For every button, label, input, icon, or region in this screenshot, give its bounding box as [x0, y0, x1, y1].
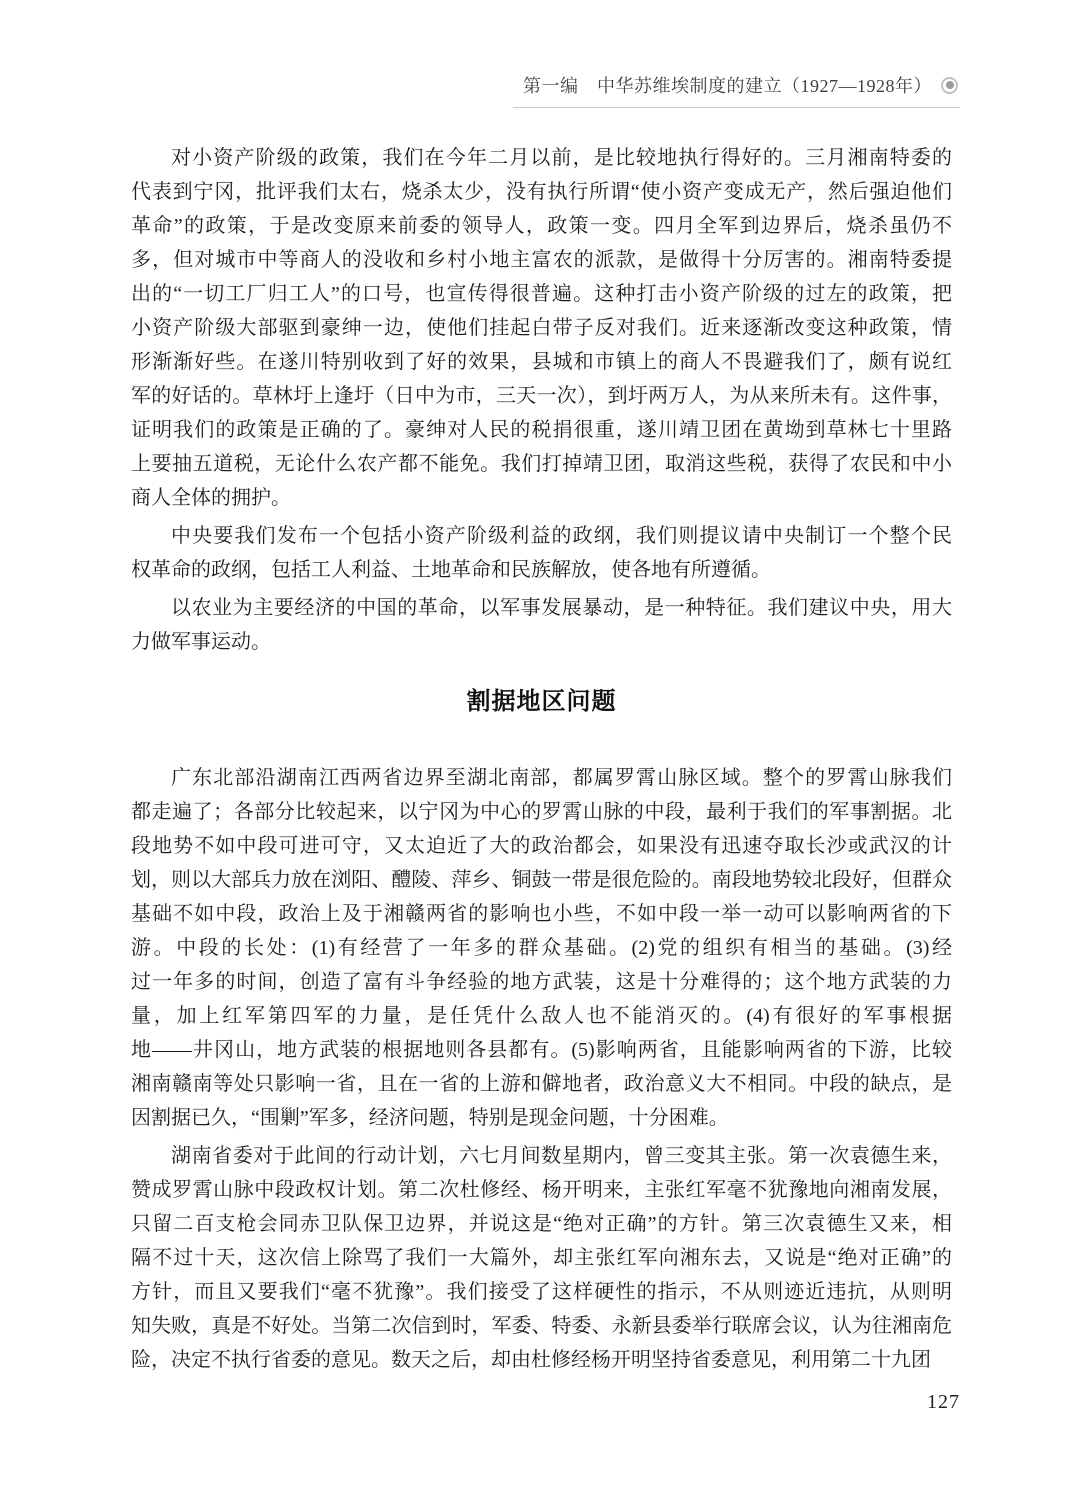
text-line: 湖南省委对于此间的行动计划，六七月间数星期内，曾三变其主张。第一次袁德生来，	[131, 1139, 952, 1173]
text-line: 上要抽五道税，无论什么农产都不能免。我们打掉靖卫团，取消这些税，获得了农民和中小	[131, 447, 952, 481]
text-line: 量，加上红军第四军的力量，是任凭什么敌人也不能消灭的。(4)有很好的军事根据	[131, 999, 952, 1033]
book-page: 第一编 中华苏维埃制度的建立（1927—1928年） 对小资产阶级的政策，我们在…	[0, 0, 1083, 1508]
text-line: 地——井冈山，地方武装的根据地则各县都有。(5)影响两省，且能影响两省的下游，比…	[131, 1033, 952, 1067]
text-line: 中央要我们发布一个包括小资产阶级利益的政纲，我们则提议请中央制订一个整个民	[131, 519, 952, 553]
text-line: 赞成罗霄山脉中段政权计划。第二次杜修经、杨开明来，主张红军毫不犹豫地向湘南发展，	[131, 1173, 952, 1207]
text-line: 力做军事运动。	[131, 625, 952, 659]
text-line: 因割据已久，“围剿”军多，经济问题，特别是现金问题，十分困难。	[131, 1101, 952, 1135]
section-heading: 割据地区问题	[131, 681, 952, 723]
text-line: 证明我们的政策是正确的了。豪绅对人民的税捐很重，遂川靖卫团在黄坳到草林七十里路	[131, 413, 952, 447]
text-line: 险，决定不执行省委的意见。数天之后，却由杜修经杨开明坚持省委意见，利用第二十九团	[131, 1343, 952, 1377]
text-line: 权革命的政纲，包括工人利益、土地革命和民族解放，使各地有所遵循。	[131, 553, 952, 587]
text-line: 多，但对城市中等商人的没收和乡村小地主富农的派款，是做得十分厉害的。湘南特委提	[131, 243, 952, 277]
text-line: 革命”的政策，于是改变原来前委的领导人，政策一变。四月全军到边界后，烧杀虽仍不	[131, 209, 952, 243]
document-body: 对小资产阶级的政策，我们在今年二月以前，是比较地执行得好的。三月湘南特委的代表到…	[131, 141, 952, 1377]
target-dot-icon	[941, 77, 958, 94]
page-number: 127	[927, 1391, 960, 1414]
text-line: 军的好话的。草林圩上逢圩（日中为市，三天一次），到圩两万人，为从来所未有。这件事…	[131, 379, 952, 413]
paragraph: 湖南省委对于此间的行动计划，六七月间数星期内，曾三变其主张。第一次袁德生来，赞成…	[131, 1139, 952, 1377]
text-line: 段地势不如中段可进可守，又太迫近了大的政治都会，如果没有迅速夺取长沙或武汉的计	[131, 829, 952, 863]
text-line: 划，则以大部兵力放在浏阳、醴陵、萍乡、铜鼓一带是很危险的。南段地势较北段好，但群…	[131, 863, 952, 897]
text-line: 对小资产阶级的政策，我们在今年二月以前，是比较地执行得好的。三月湘南特委的	[131, 141, 952, 175]
running-header: 第一编 中华苏维埃制度的建立（1927—1928年）	[513, 72, 960, 108]
text-line: 小资产阶级大部驱到豪绅一边，使他们挂起白带子反对我们。近来逐渐改变这种政策，情	[131, 311, 952, 345]
text-line: 都走遍了；各部分比较起来，以宁冈为中心的罗霄山脉的中段，最利于我们的军事割据。北	[131, 795, 952, 829]
paragraph: 中央要我们发布一个包括小资产阶级利益的政纲，我们则提议请中央制订一个整个民权革命…	[131, 519, 952, 587]
text-line: 方针，而且又要我们“毫不犹豫”。我们接受了这样硬性的指示，不从则迹近违抗，从则明	[131, 1275, 952, 1309]
running-header-title: 第一编 中华苏维埃制度的建立（1927—1928年）	[523, 72, 932, 98]
text-line: 知失败，真是不好处。当第二次信到时，军委、特委、永新县委举行联席会议，认为往湘南…	[131, 1309, 952, 1343]
text-line: 出的“一切工厂归工人”的口号，也宣传得很普遍。这种打击小资产阶级的过左的政策，把	[131, 277, 952, 311]
text-line: 只留二百支枪会同赤卫队保卫边界，并说这是“绝对正确”的方针。第三次袁德生又来，相	[131, 1207, 952, 1241]
text-line: 代表到宁冈，批评我们太右，烧杀太少，没有执行所谓“使小资产变成无产，然后强迫他们	[131, 175, 952, 209]
text-line: 过一年多的时间，创造了富有斗争经验的地方武装，这是十分难得的；这个地方武装的力	[131, 965, 952, 999]
text-line: 隔不过十天，这次信上除骂了我们一大篇外，却主张红军向湘东去，又说是“绝对正确”的	[131, 1241, 952, 1275]
text-line: 广东北部沿湖南江西两省边界至湖北南部，都属罗霄山脉区域。整个的罗霄山脉我们	[131, 761, 952, 795]
text-line: 以农业为主要经济的中国的革命，以军事发展暴动，是一种特征。我们建议中央，用大	[131, 591, 952, 625]
text-line: 游。中段的长处：(1)有经营了一年多的群众基础。(2)党的组织有相当的基础。(3…	[131, 931, 952, 965]
paragraph: 以农业为主要经济的中国的革命，以军事发展暴动，是一种特征。我们建议中央，用大力做…	[131, 591, 952, 659]
text-line: 形渐渐好些。在遂川特别收到了好的效果，县城和市镇上的商人不畏避我们了，颇有说红	[131, 345, 952, 379]
text-line: 基础不如中段，政治上及于湘赣两省的影响也小些，不如中段一举一动可以影响两省的下	[131, 897, 952, 931]
text-line: 湘南赣南等处只影响一省，且在一省的上游和僻地者，政治意义大不相同。中段的缺点，是	[131, 1067, 952, 1101]
paragraph: 广东北部沿湖南江西两省边界至湖北南部，都属罗霄山脉区域。整个的罗霄山脉我们都走遍…	[131, 761, 952, 1135]
paragraph: 对小资产阶级的政策，我们在今年二月以前，是比较地执行得好的。三月湘南特委的代表到…	[131, 141, 952, 515]
text-line: 商人全体的拥护。	[131, 481, 952, 515]
